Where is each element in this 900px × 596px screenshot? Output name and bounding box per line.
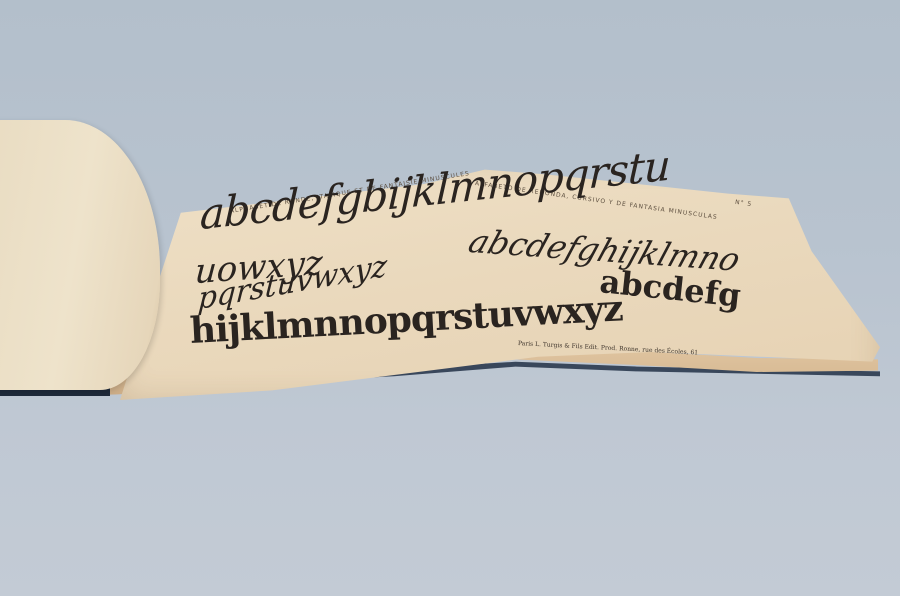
curled-left-page <box>0 120 160 390</box>
photo-scene: ALPHABET DE RONDE, ITALIQUE ET DE FANTAI… <box>0 0 900 596</box>
